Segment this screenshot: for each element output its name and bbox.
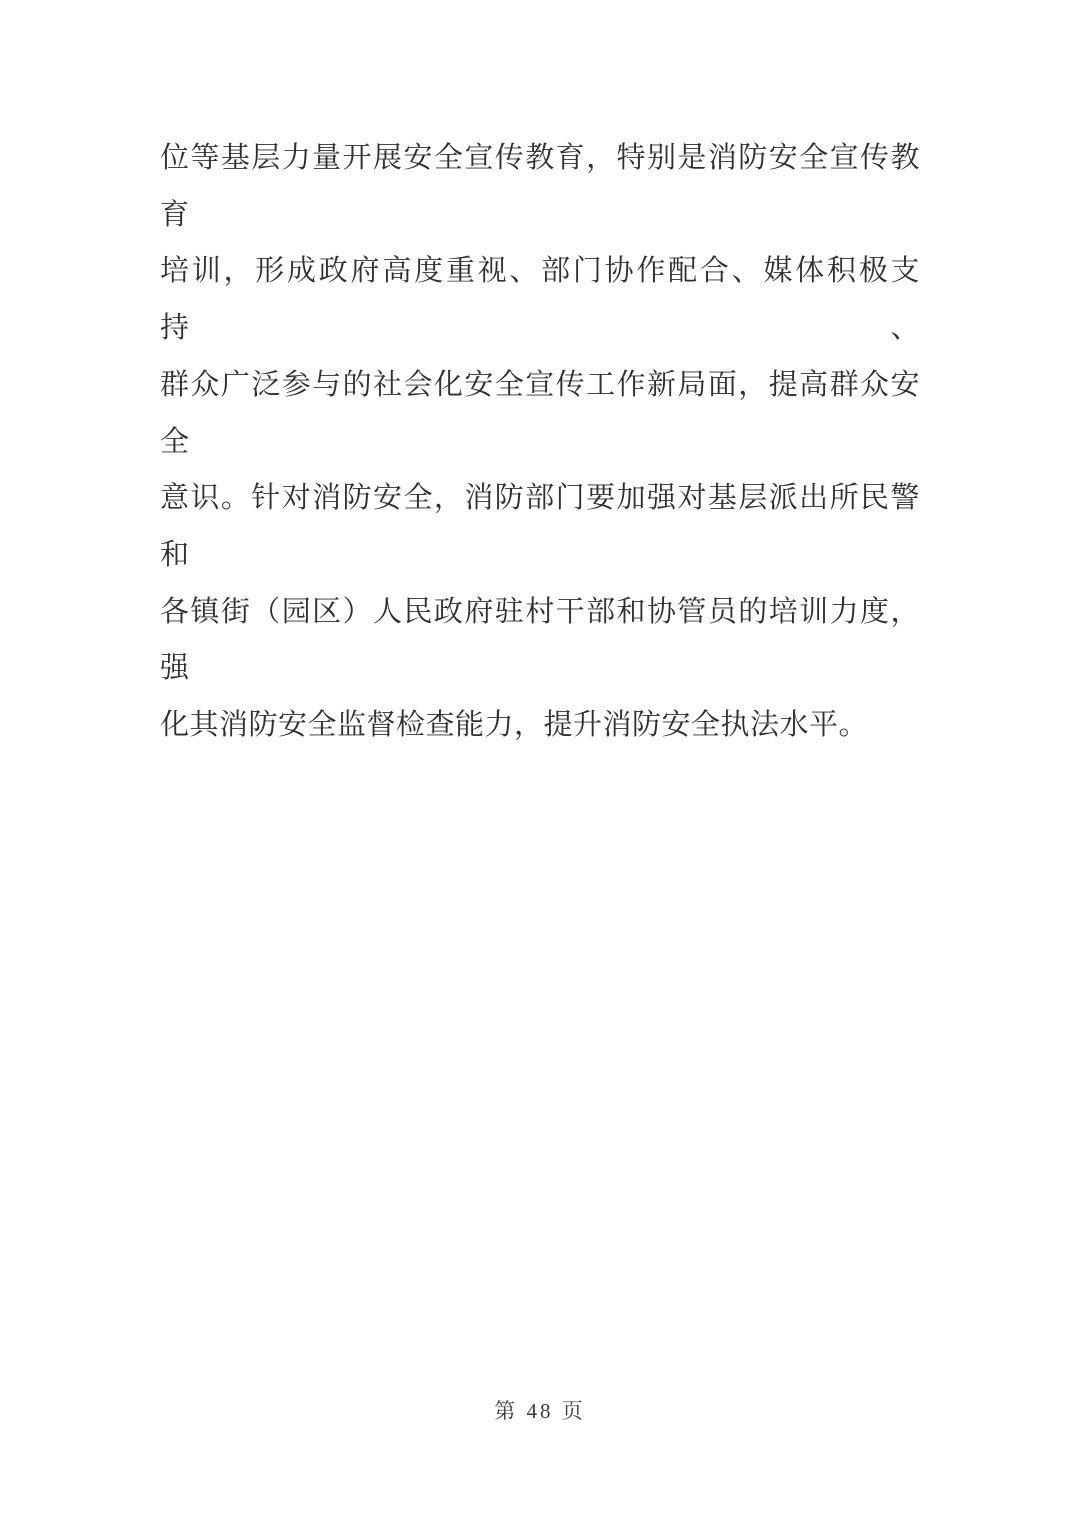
page-number: 第 48 页 [0, 1395, 1080, 1425]
document-page: 位等基层力量开展安全宣传教育，特别是消防安全宣传教育 培训，形成政府高度重视、部… [0, 0, 1080, 1528]
paragraph-line: 位等基层力量开展安全宣传教育，特别是消防安全宣传教育 [160, 130, 920, 243]
paragraph-line: 群众广泛参与的社会化安全宣传工作新局面，提高群众安全 [160, 357, 920, 470]
paragraph-last-line: 化其消防安全监督检查能力，提升消防安全执法水平。 [160, 697, 920, 754]
paragraph-line: 意识。针对消防安全，消防部门要加强对基层派出所民警和 [160, 470, 920, 583]
paragraph-line: 培训，形成政府高度重视、部门协作配合、媒体积极支持、 [160, 243, 920, 356]
paragraph-line: 各镇街（园区）人民政府驻村干部和协管员的培训力度，强 [160, 584, 920, 697]
body-paragraph: 位等基层力量开展安全宣传教育，特别是消防安全宣传教育 培训，形成政府高度重视、部… [160, 130, 920, 754]
